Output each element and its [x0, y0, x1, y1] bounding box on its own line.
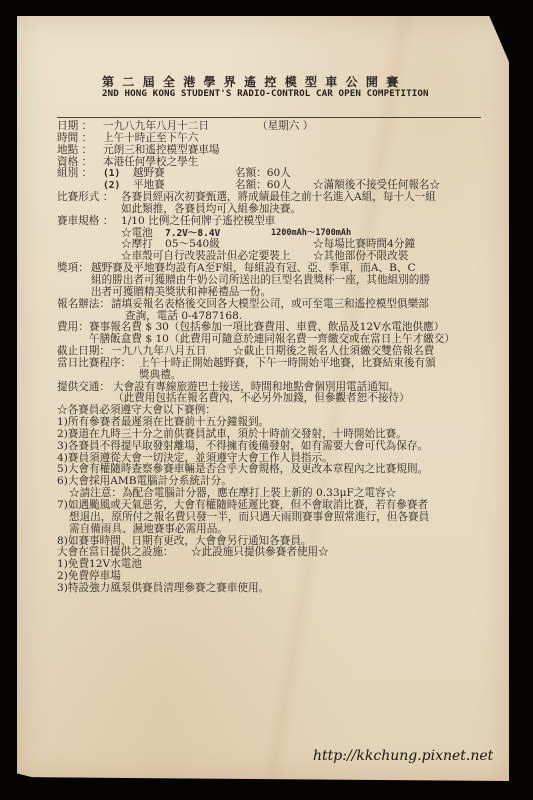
fees-label: 費用： — [57, 322, 89, 334]
rule-text: 想退出，原所付之報名費只發一半，而只遇天雨則賽事會照常進行，但各賽員 — [69, 512, 429, 524]
time-label: 時間 ： — [57, 133, 92, 145]
schedule-row-cont: 獎典禮。 — [57, 370, 497, 382]
venue-label: 地點 ： — [57, 145, 92, 157]
specs-scale: 1/10 比例之任何牌子遙控模型車 — [121, 216, 275, 228]
rule-text: 3)各賽員不得提早取發射離場，不得擁有後備發射，如有需要大會可代為保存。 — [57, 441, 428, 453]
prizes-row-cont: 出者可獲贈精美獎狀和神秘禮品一份。 — [57, 287, 497, 299]
schedule-line: 獎典禮。 — [139, 370, 181, 382]
facility-text: 3)特設強力風泵供賽員清理參賽之賽車使用。 — [57, 583, 269, 595]
prizes-label: 獎項： — [57, 263, 89, 275]
rule-text: 2)賽道在九時三十分之前供賽員試車，須於十時前交發射，十時開始比賽。 — [57, 429, 407, 441]
date-weekday: （星期六 ） — [257, 121, 313, 133]
venue-row: 地點 ： 元朗三和遙控模型賽車場 — [57, 145, 497, 157]
rule-item: 2)賽道在九時三十分之前供賽員試車，須於十時前交發射，十時開始比賽。 — [57, 429, 497, 441]
schedule-line: 上午十時正開始越野賽，下午一時開始平地賽，比賽結束後有頒 — [139, 358, 436, 370]
document-title-english: 2ND HONG KONG STUDENT'S RADIO-CONTROL CA… — [102, 88, 442, 99]
specs-label: 賽車規格 ： — [57, 216, 113, 228]
rule-item: 想退出，原所付之報名費只發一半，而只遇天雨則賽事會照常進行，但各賽員 — [57, 512, 497, 524]
schedule-row: 當日比賽程序： 上午十時正開始越野賽，下午一時開始平地賽，比賽結束後有頒 — [57, 358, 497, 370]
rule-text: 需自備雨具、濕地賽事必需用品。 — [69, 524, 228, 536]
facility-item: 3)特設強力風泵供賽員清理參賽之賽車使用。 — [57, 583, 497, 595]
venue-value: 元朗三和遙控模型賽車場 — [103, 145, 220, 157]
watermark-url: http://kkchung.pixnet.net — [313, 748, 493, 764]
groups-label: 組別 ： — [57, 168, 92, 180]
registration-line: 請填妥報名表格後交回各大模型公司，或可至電三和遙控模型俱樂部 — [111, 299, 429, 311]
registration-row: 報名辦法： 請填妥報名表格後交回各大模型公司，或可至電三和遙控模型俱樂部 — [57, 299, 497, 311]
specs-row: 賽車規格 ： 1/10 比例之任何牌子遙控模型車 — [57, 216, 497, 228]
title-divider — [57, 117, 481, 118]
group-index: (1) — [103, 168, 120, 180]
time-value: 上午十時正至下午六 — [103, 133, 198, 145]
transport-label: 提供交通： — [57, 382, 110, 394]
rule-item: 需自備雨具、濕地賽事必需用品。 — [57, 524, 497, 536]
facilities-note: ☆此設施只提供參賽者使用☆ — [191, 547, 329, 559]
facility-item: 1)免費12V水電池 — [57, 559, 497, 571]
time-row: 時間 ： 上午十時正至下午六 — [57, 133, 497, 145]
format-line: 如此類推，各賽員均可入組參加決賽。 — [121, 204, 301, 216]
document-body: 日期 ： 一九八九年八月十二日 （星期六 ） 時間 ： 上午十時正至下午六 地點… — [57, 121, 497, 595]
format-row-cont: 如此類推，各賽員均可入組參加決賽。 — [57, 204, 497, 216]
rule-item: 3)各賽員不得提早取發射離場，不得擁有後備發射，如有需要大會可代為保存。 — [57, 441, 497, 453]
schedule-label: 當日比賽程序： — [57, 358, 131, 370]
prizes-line: 出者可獲贈精美獎狀和神秘禮品一份。 — [91, 287, 271, 299]
format-label: 比賽形式 ： — [57, 192, 113, 204]
registration-label: 報名辦法： — [57, 299, 110, 311]
